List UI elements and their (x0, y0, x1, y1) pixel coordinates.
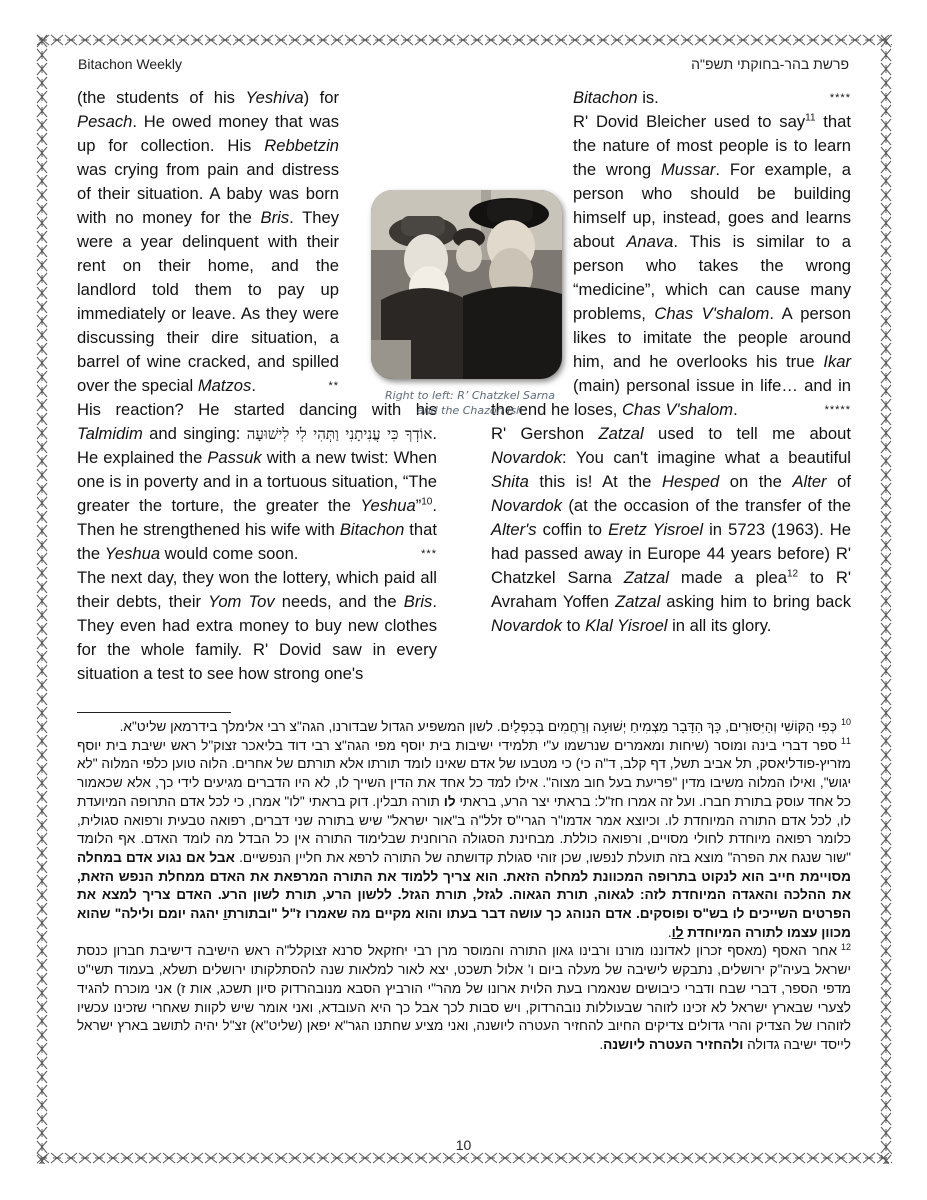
paragraph: His reaction? He started dancing with hi… (77, 398, 437, 566)
border-left (36, 34, 48, 1164)
parsha-title: פרשת בהר-בחוקתי תשפ"ה (691, 56, 849, 72)
section-divider-stars: ***** (825, 398, 851, 422)
paragraph: R' Gershon Zatzal used to tell me about … (491, 422, 851, 638)
left-column: (the students of his Yeshiva) for Pesach… (77, 86, 437, 686)
paragraph: The next day, they won the lottery, whic… (77, 566, 437, 686)
section-divider-stars: **** (830, 86, 851, 110)
footnote-separator (77, 712, 231, 713)
historical-photo (371, 190, 562, 379)
footnote-ref-11[interactable]: 11 (805, 112, 815, 123)
border-bottom (36, 1152, 892, 1164)
footnote-12: 12אחר האסף (מאסף זכרון לאדוננו מורנו ורב… (77, 942, 851, 1054)
photo-caption: Right to left: R’ Chatzkel Sarna and the… (362, 388, 578, 418)
footnote-ref-12[interactable]: 12 (787, 568, 798, 579)
footnote-10: 10כְּפִי הַקּוֹשִׁי וְהַיִּסּוּרִים, כָּ… (77, 718, 851, 737)
hebrew-quote: אוֹדְךָ כִּי עֲנִיתָנִי וַתְּהִי לִי לִי… (247, 425, 433, 443)
photo-placeholder-icon (371, 190, 562, 379)
page-header: Bitachon Weekly פרשת בהר-בחוקתי תשפ"ה (78, 56, 849, 76)
footnote-ref-10[interactable]: 10 (421, 496, 432, 507)
section-divider-stars: *** (421, 542, 437, 566)
footnotes-section: 10כְּפִי הַקּוֹשִׁי וְהַיִּסּוּרִים, כָּ… (77, 718, 851, 1055)
footnote-11: 11ספר דברי בינה ומוסר (שיחות ומאמרים שנר… (77, 737, 851, 943)
border-top (36, 34, 892, 46)
paragraph: Bitachon is.**** (491, 86, 851, 110)
publication-title: Bitachon Weekly (78, 56, 182, 72)
section-divider-stars: ** (328, 374, 339, 398)
border-right (880, 34, 892, 1164)
page-number: 10 (0, 1137, 927, 1153)
